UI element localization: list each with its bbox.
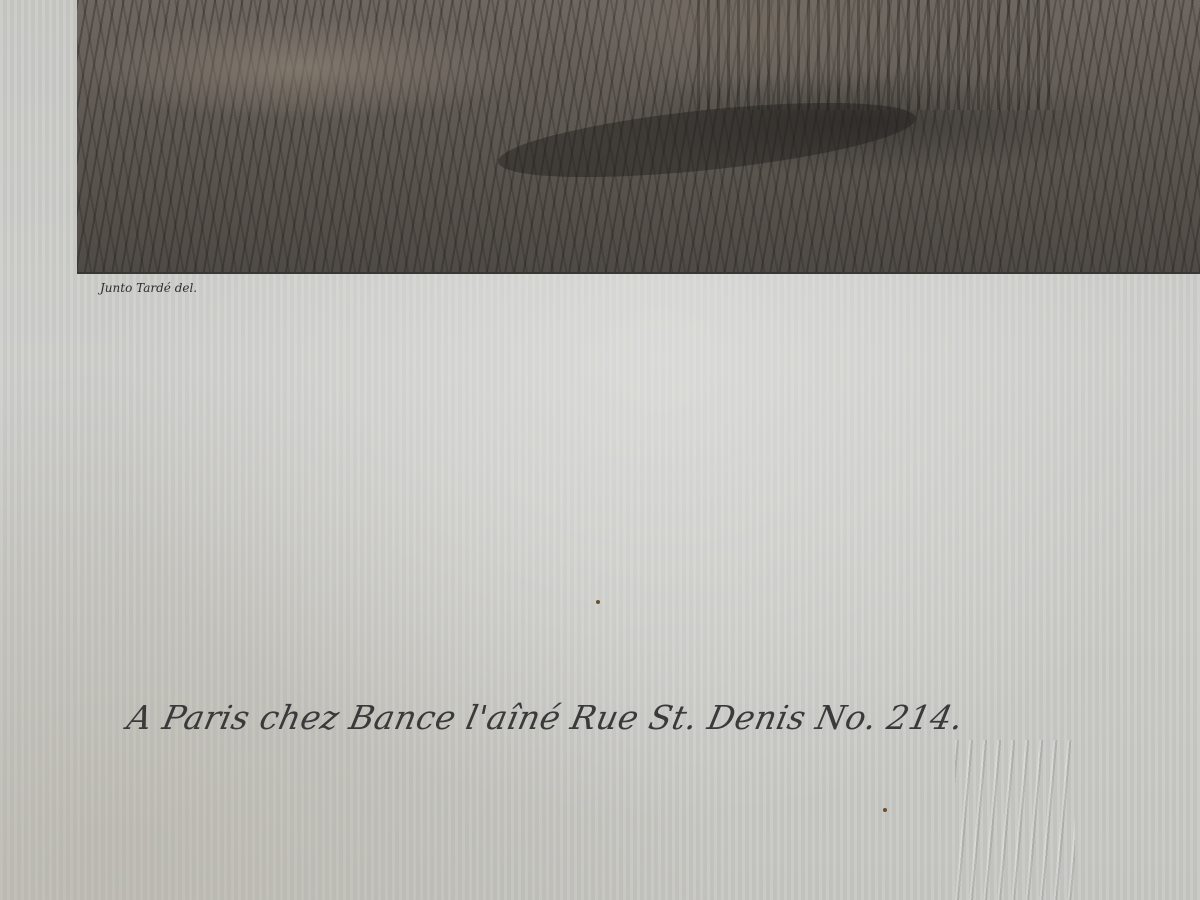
paper-crease [955,740,1075,900]
artist-credit: Junto Tardé del. [100,281,197,295]
publisher-line: A Paris chez Bance l'aîné Rue St. Denis … [124,698,968,737]
engraving-image [77,0,1200,274]
foxing-spot [883,808,887,812]
foxing-spot [596,600,600,604]
engraving-figures [697,0,1057,110]
